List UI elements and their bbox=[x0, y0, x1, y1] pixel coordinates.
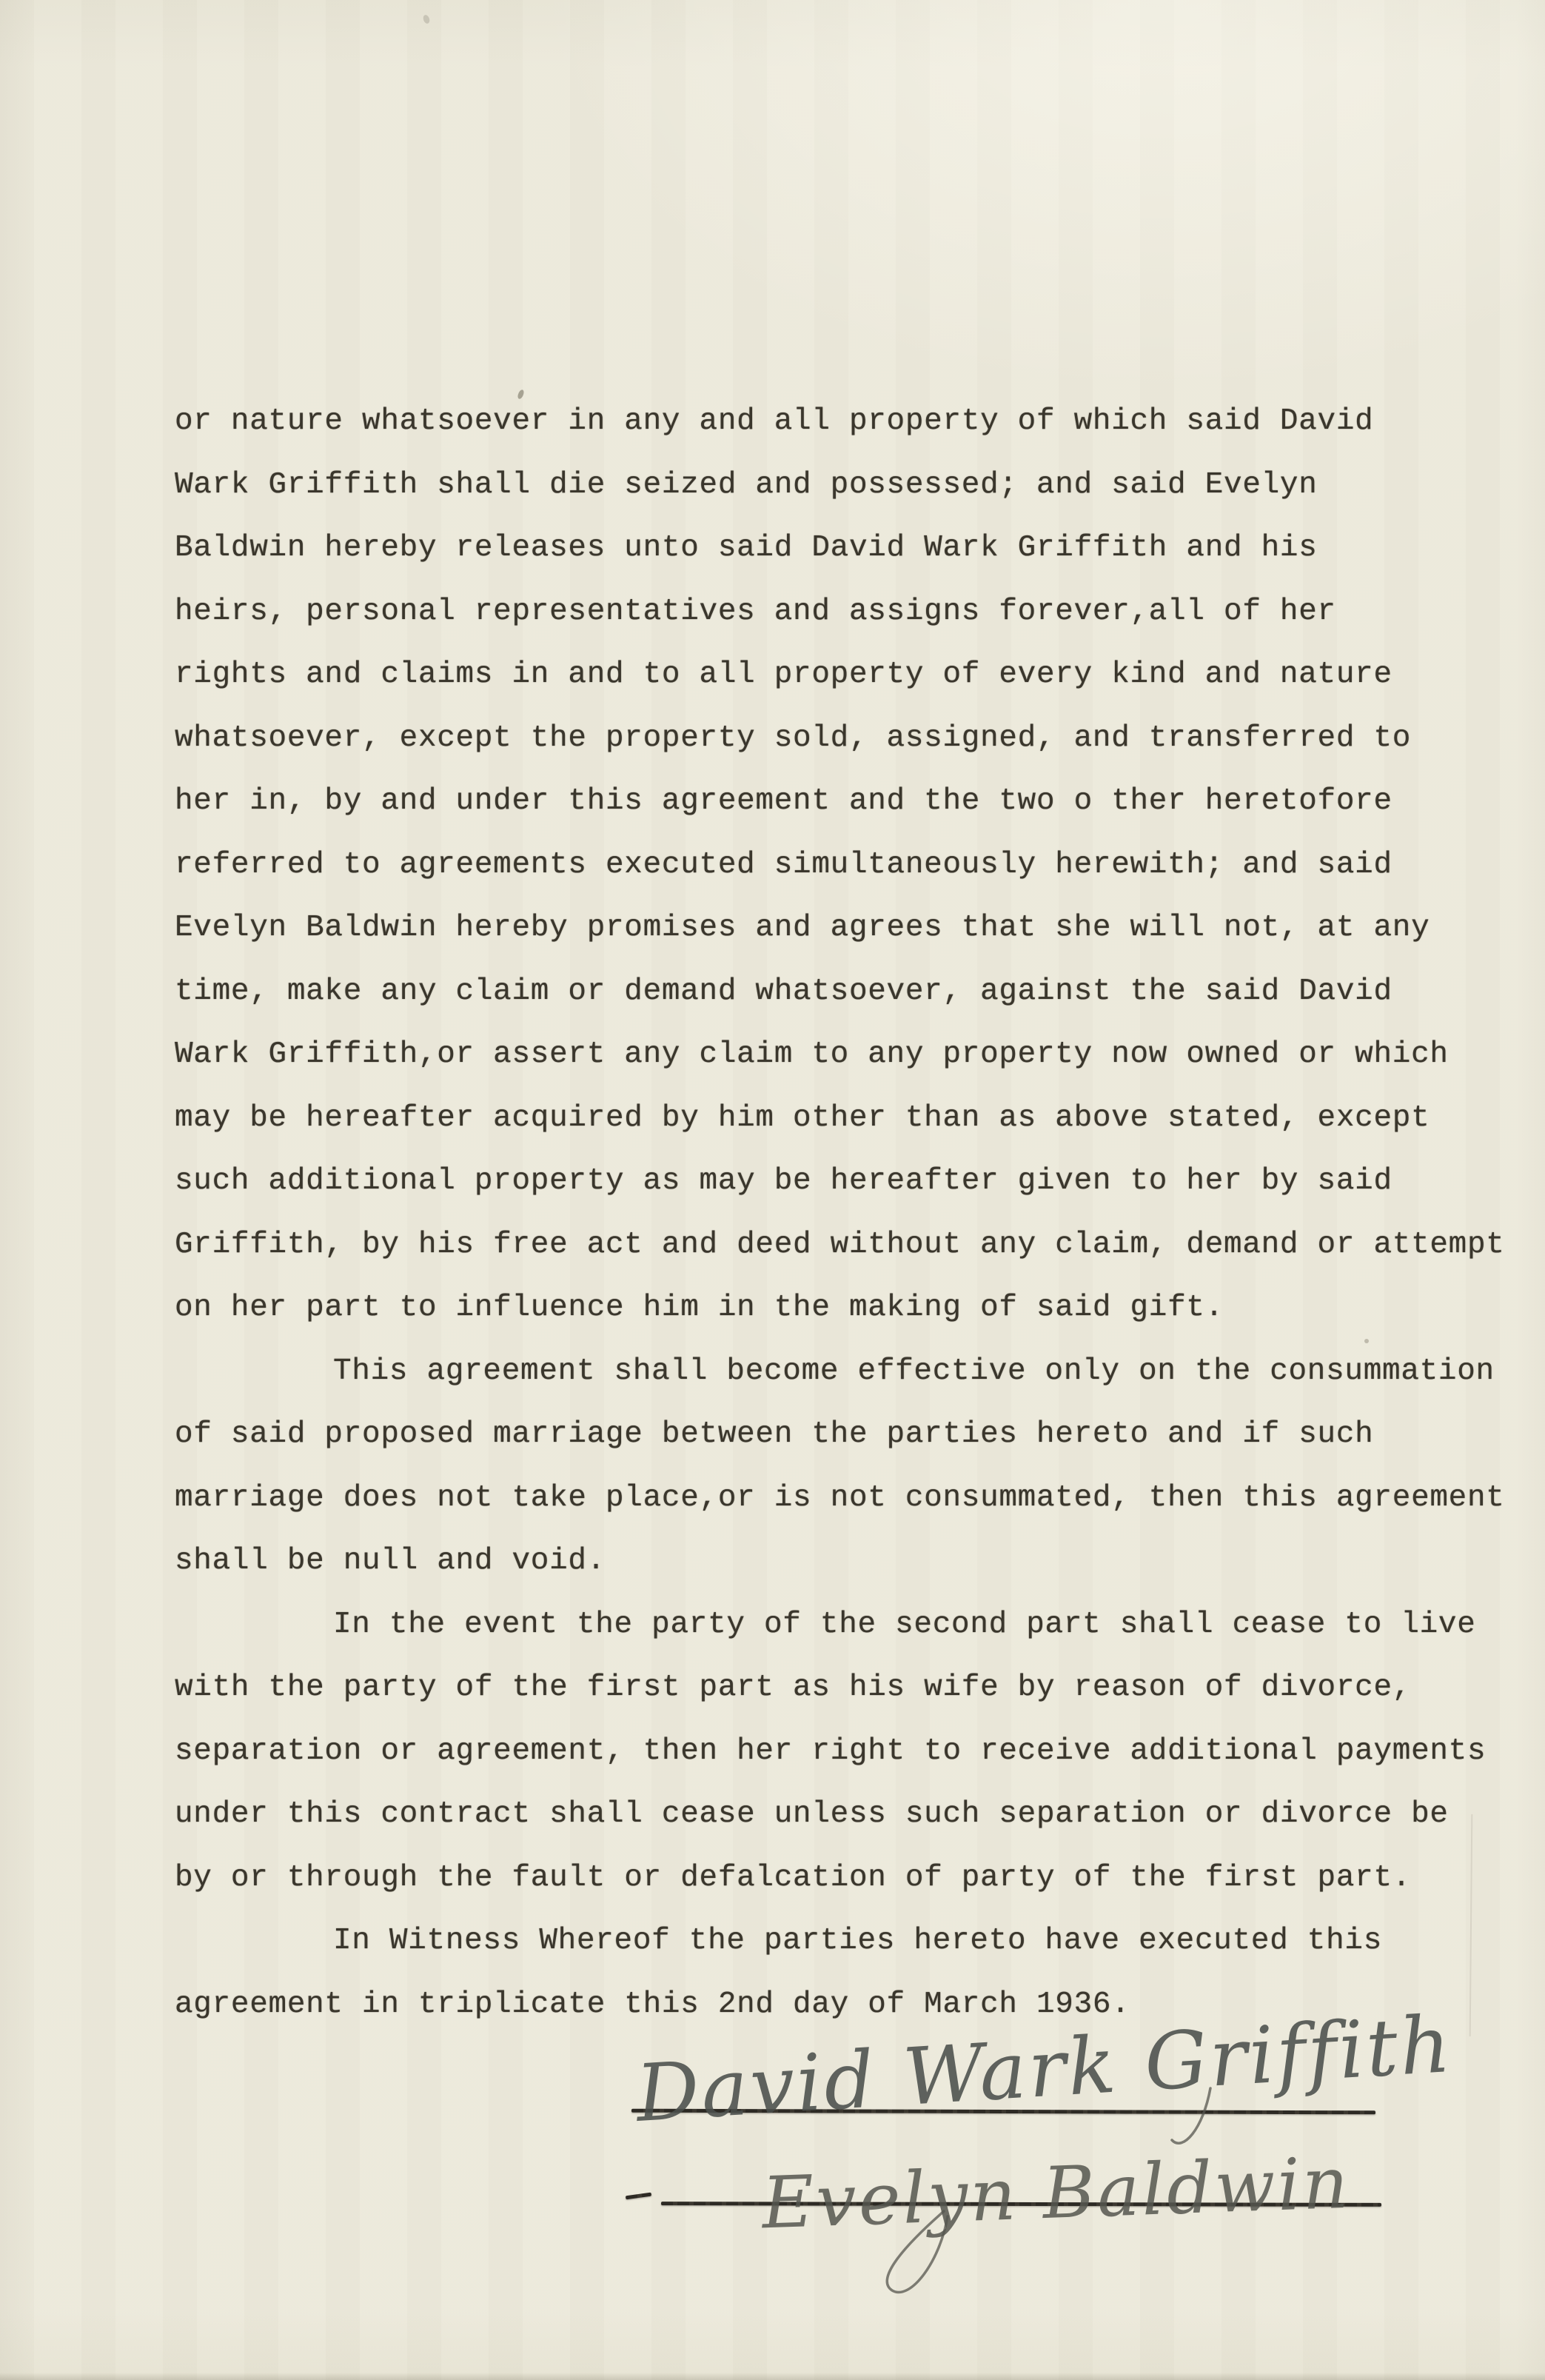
typed-line: This agreement shall become effective on… bbox=[175, 1340, 1505, 1404]
typed-line: heirs, personal representatives and assi… bbox=[175, 581, 1505, 644]
typed-line: Baldwin hereby releases unto said David … bbox=[175, 517, 1505, 581]
typed-line: shall be null and void. bbox=[175, 1530, 1505, 1594]
typed-text-block: or nature whatsoever in any and all prop… bbox=[175, 390, 1505, 2036]
typed-line: on her part to influence him in the maki… bbox=[175, 1277, 1505, 1340]
typed-line: In the event the party of the second par… bbox=[175, 1594, 1505, 1657]
typed-line: Wark Griffith,or assert any claim to any… bbox=[175, 1023, 1505, 1087]
typed-line: by or through the fault or defalcation o… bbox=[175, 1847, 1505, 1911]
signature-evelyn-baldwin: Evelyn Baldwin bbox=[737, 2124, 1314, 2309]
signature-text: Evelyn Baldwin bbox=[759, 2142, 1351, 2245]
ink-speck bbox=[422, 14, 431, 24]
typed-line: Evelyn Baldwin hereby promises and agree… bbox=[175, 897, 1505, 960]
typed-line: marriage does not take place,or is not c… bbox=[175, 1467, 1505, 1531]
typed-line: her in, by and under this agreement and … bbox=[175, 770, 1505, 834]
typed-line: of said proposed marriage between the pa… bbox=[175, 1403, 1505, 1467]
typed-line: time, make any claim or demand whatsoeve… bbox=[175, 960, 1505, 1024]
typed-line: Griffith, by his free act and deed witho… bbox=[175, 1214, 1505, 1277]
typed-line: with the party of the first part as his … bbox=[175, 1657, 1505, 1720]
typed-line: such additional property as may be herea… bbox=[175, 1150, 1505, 1214]
typed-line: In Witness Whereof the parties hereto ha… bbox=[175, 1910, 1505, 1973]
typed-line: rights and claims in and to all property… bbox=[175, 644, 1505, 707]
signature-text: David Wark Griffith bbox=[632, 1999, 1455, 2139]
ink-speck bbox=[1364, 1339, 1369, 1343]
signature-line-dash bbox=[626, 2193, 651, 2200]
scanned-document-page: or nature whatsoever in any and all prop… bbox=[0, 0, 1545, 2380]
typed-line: or nature whatsoever in any and all prop… bbox=[175, 390, 1505, 454]
typed-line: referred to agreements executed simultan… bbox=[175, 834, 1505, 897]
typed-line: may be hereafter acquired by him other t… bbox=[175, 1087, 1505, 1151]
typed-line: whatsoever, except the property sold, as… bbox=[175, 707, 1505, 771]
typed-line: under this contract shall cease unless s… bbox=[175, 1783, 1505, 1847]
typed-line: separation or agreement, then her right … bbox=[175, 1720, 1505, 1784]
typed-line: Wark Griffith shall die seized and posse… bbox=[175, 454, 1505, 518]
